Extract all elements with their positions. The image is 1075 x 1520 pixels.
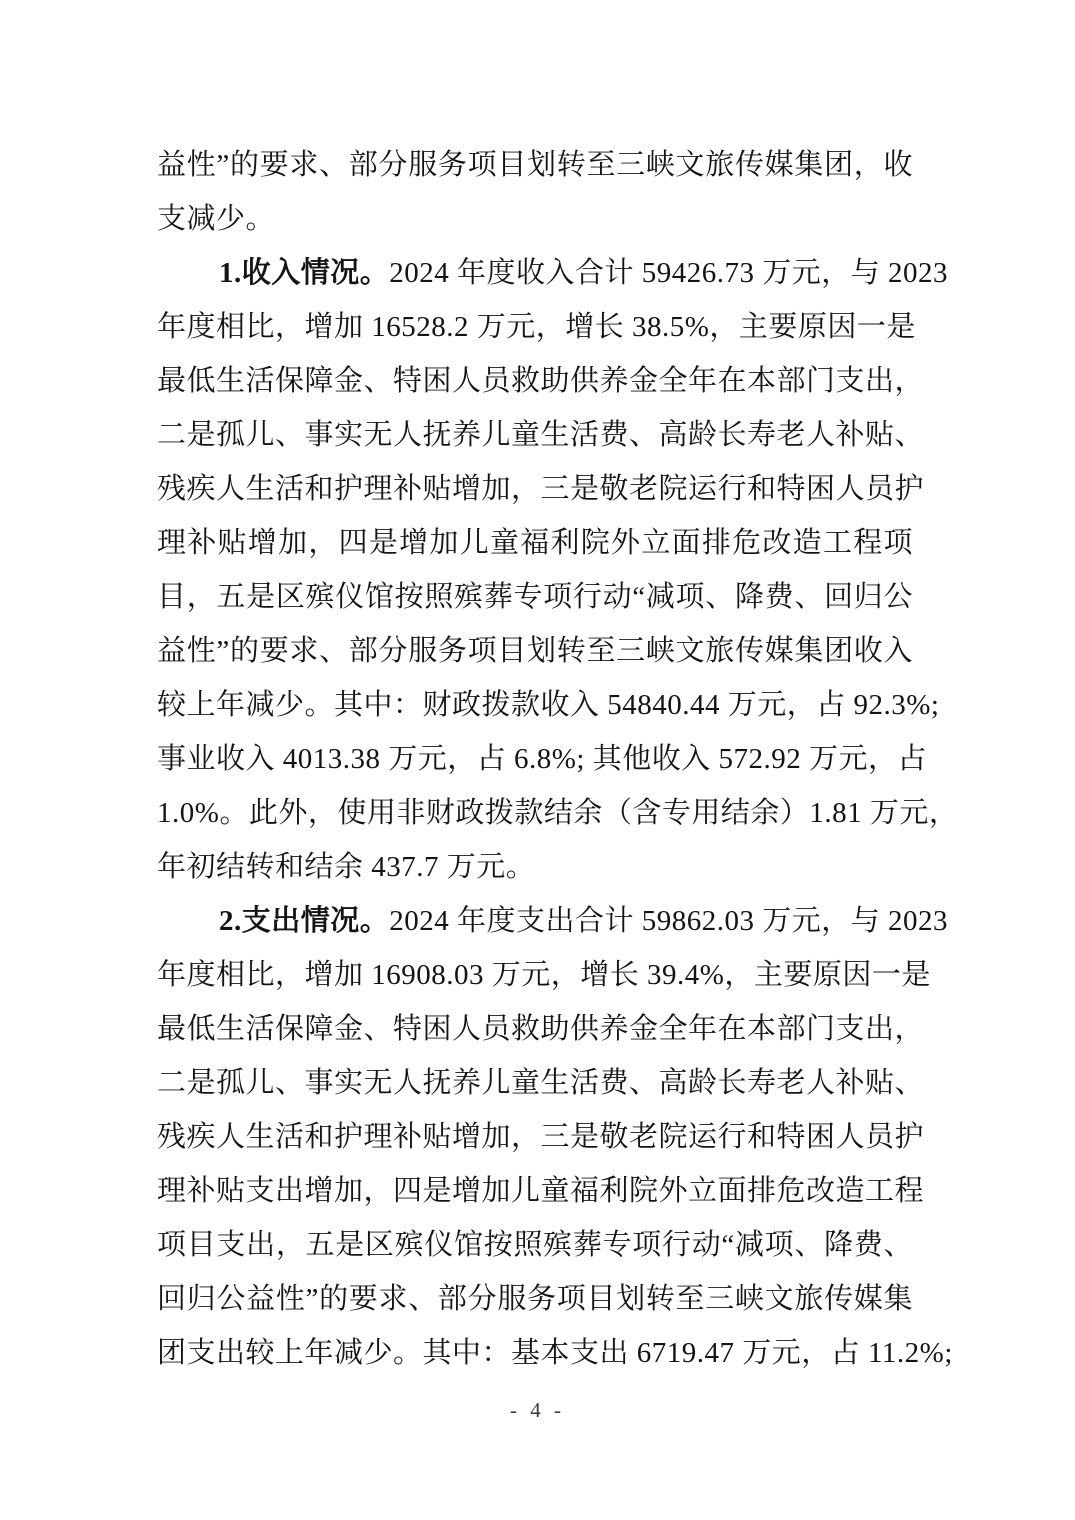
text-run: 年度相比，增加 16528.2 万元，增长 38.5%，主要原因一是 [157, 311, 916, 343]
text-run: 理补贴支出增加，四是增加儿童福利院外立面排危改造工程 [157, 1175, 924, 1207]
text-run: 残疾人生活和护理补贴增加，三是敬老院运行和特困人员护 [157, 473, 924, 505]
text-line: 回归公益性”的要求、部分服务项目划转至三峡文旅传媒集 [157, 1272, 913, 1326]
text-run: 年度相比，增加 16908.03 万元，增长 39.4%，主要原因一是 [157, 959, 931, 991]
text-run: 事业收入 4013.38 万元，占 6.8%; 其他收入 572.92 万元，占 [157, 743, 927, 775]
text-run: 较上年减少。其中：财政拨款收入 54840.44 万元，占 92.3%; [157, 689, 939, 721]
text-run: 项目支出，五是区殡仪馆按照殡葬专项行动“减项、降费、 [157, 1229, 913, 1261]
text-run: 年初结转和结余 437.7 万元。 [157, 851, 535, 883]
document-page: 益性”的要求、部分服务项目划转至三峡文旅传媒集团，收支减少。1.收入情况。202… [0, 0, 1075, 1520]
text-run: 支减少。 [157, 203, 275, 235]
text-line: 较上年减少。其中：财政拨款收入 54840.44 万元，占 92.3%; [157, 678, 913, 732]
text-run: 最低生活保障金、特困人员救助供养金全年在本部门支出， [157, 1013, 924, 1045]
text-line: 团支出较上年减少。其中：基本支出 6719.47 万元，占 11.2%; [157, 1326, 913, 1380]
text-line: 残疾人生活和护理补贴增加，三是敬老院运行和特困人员护 [157, 1110, 913, 1164]
text-line: 最低生活保障金、特困人员救助供养金全年在本部门支出， [157, 354, 913, 408]
text-run: 最低生活保障金、特困人员救助供养金全年在本部门支出， [157, 365, 924, 397]
text-line: 年度相比，增加 16908.03 万元，增长 39.4%，主要原因一是 [157, 948, 913, 1002]
text-line: 1.0%。此外，使用非财政拨款结余（含专用结余）1.81 万元， [157, 786, 913, 840]
text-run: 团支出较上年减少。其中：基本支出 6719.47 万元，占 11.2%; [157, 1337, 953, 1369]
text-line: 事业收入 4013.38 万元，占 6.8%; 其他收入 572.92 万元，占 [157, 732, 913, 786]
text-line: 年度相比，增加 16528.2 万元，增长 38.5%，主要原因一是 [157, 300, 913, 354]
text-run: 二是孤儿、事实无人抚养儿童生活费、高龄长寿老人补贴、 [157, 419, 924, 451]
text-line: 1.收入情况。2024 年度收入合计 59426.73 万元，与 2023 [157, 246, 913, 300]
text-run: 2024 年度收入合计 59426.73 万元，与 2023 [389, 257, 948, 289]
page-number: - 4 - [0, 1398, 1075, 1423]
text-line: 项目支出，五是区殡仪馆按照殡葬专项行动“减项、降费、 [157, 1218, 913, 1272]
text-line: 益性”的要求、部分服务项目划转至三峡文旅传媒集团收入 [157, 624, 913, 678]
text-line: 支减少。 [157, 192, 913, 246]
text-line: 二是孤儿、事实无人抚养儿童生活费、高龄长寿老人补贴、 [157, 408, 913, 462]
text-line: 目，五是区殡仪馆按照殡葬专项行动“减项、降费、回归公 [157, 570, 913, 624]
text-run: 益性”的要求、部分服务项目划转至三峡文旅传媒集团，收 [157, 149, 913, 181]
text-run: 理补贴增加，四是增加儿童福利院外立面排危改造工程项 [157, 527, 913, 559]
text-run: 益性”的要求、部分服务项目划转至三峡文旅传媒集团收入 [157, 635, 913, 667]
document-body: 益性”的要求、部分服务项目划转至三峡文旅传媒集团，收支减少。1.收入情况。202… [157, 138, 913, 1380]
text-line: 益性”的要求、部分服务项目划转至三峡文旅传媒集团，收 [157, 138, 913, 192]
text-run: 回归公益性”的要求、部分服务项目划转至三峡文旅传媒集 [157, 1283, 913, 1315]
text-run: 目，五是区殡仪馆按照殡葬专项行动“减项、降费、回归公 [157, 581, 913, 613]
text-run: 二是孤儿、事实无人抚养儿童生活费、高龄长寿老人补贴、 [157, 1067, 924, 1099]
text-line: 最低生活保障金、特困人员救助供养金全年在本部门支出， [157, 1002, 913, 1056]
text-line: 年初结转和结余 437.7 万元。 [157, 840, 913, 894]
text-line: 2.支出情况。2024 年度支出合计 59862.03 万元，与 2023 [157, 894, 913, 948]
section-heading: 2.支出情况。 [219, 905, 389, 937]
text-line: 残疾人生活和护理补贴增加，三是敬老院运行和特困人员护 [157, 462, 913, 516]
text-line: 理补贴支出增加，四是增加儿童福利院外立面排危改造工程 [157, 1164, 913, 1218]
text-run: 残疾人生活和护理补贴增加，三是敬老院运行和特困人员护 [157, 1121, 924, 1153]
section-heading: 1.收入情况。 [219, 257, 389, 289]
text-run: 2024 年度支出合计 59862.03 万元，与 2023 [389, 905, 948, 937]
text-line: 二是孤儿、事实无人抚养儿童生活费、高龄长寿老人补贴、 [157, 1056, 913, 1110]
text-run: 1.0%。此外，使用非财政拨款结余（含专用结余）1.81 万元， [157, 797, 958, 829]
text-line: 理补贴增加，四是增加儿童福利院外立面排危改造工程项 [157, 516, 913, 570]
